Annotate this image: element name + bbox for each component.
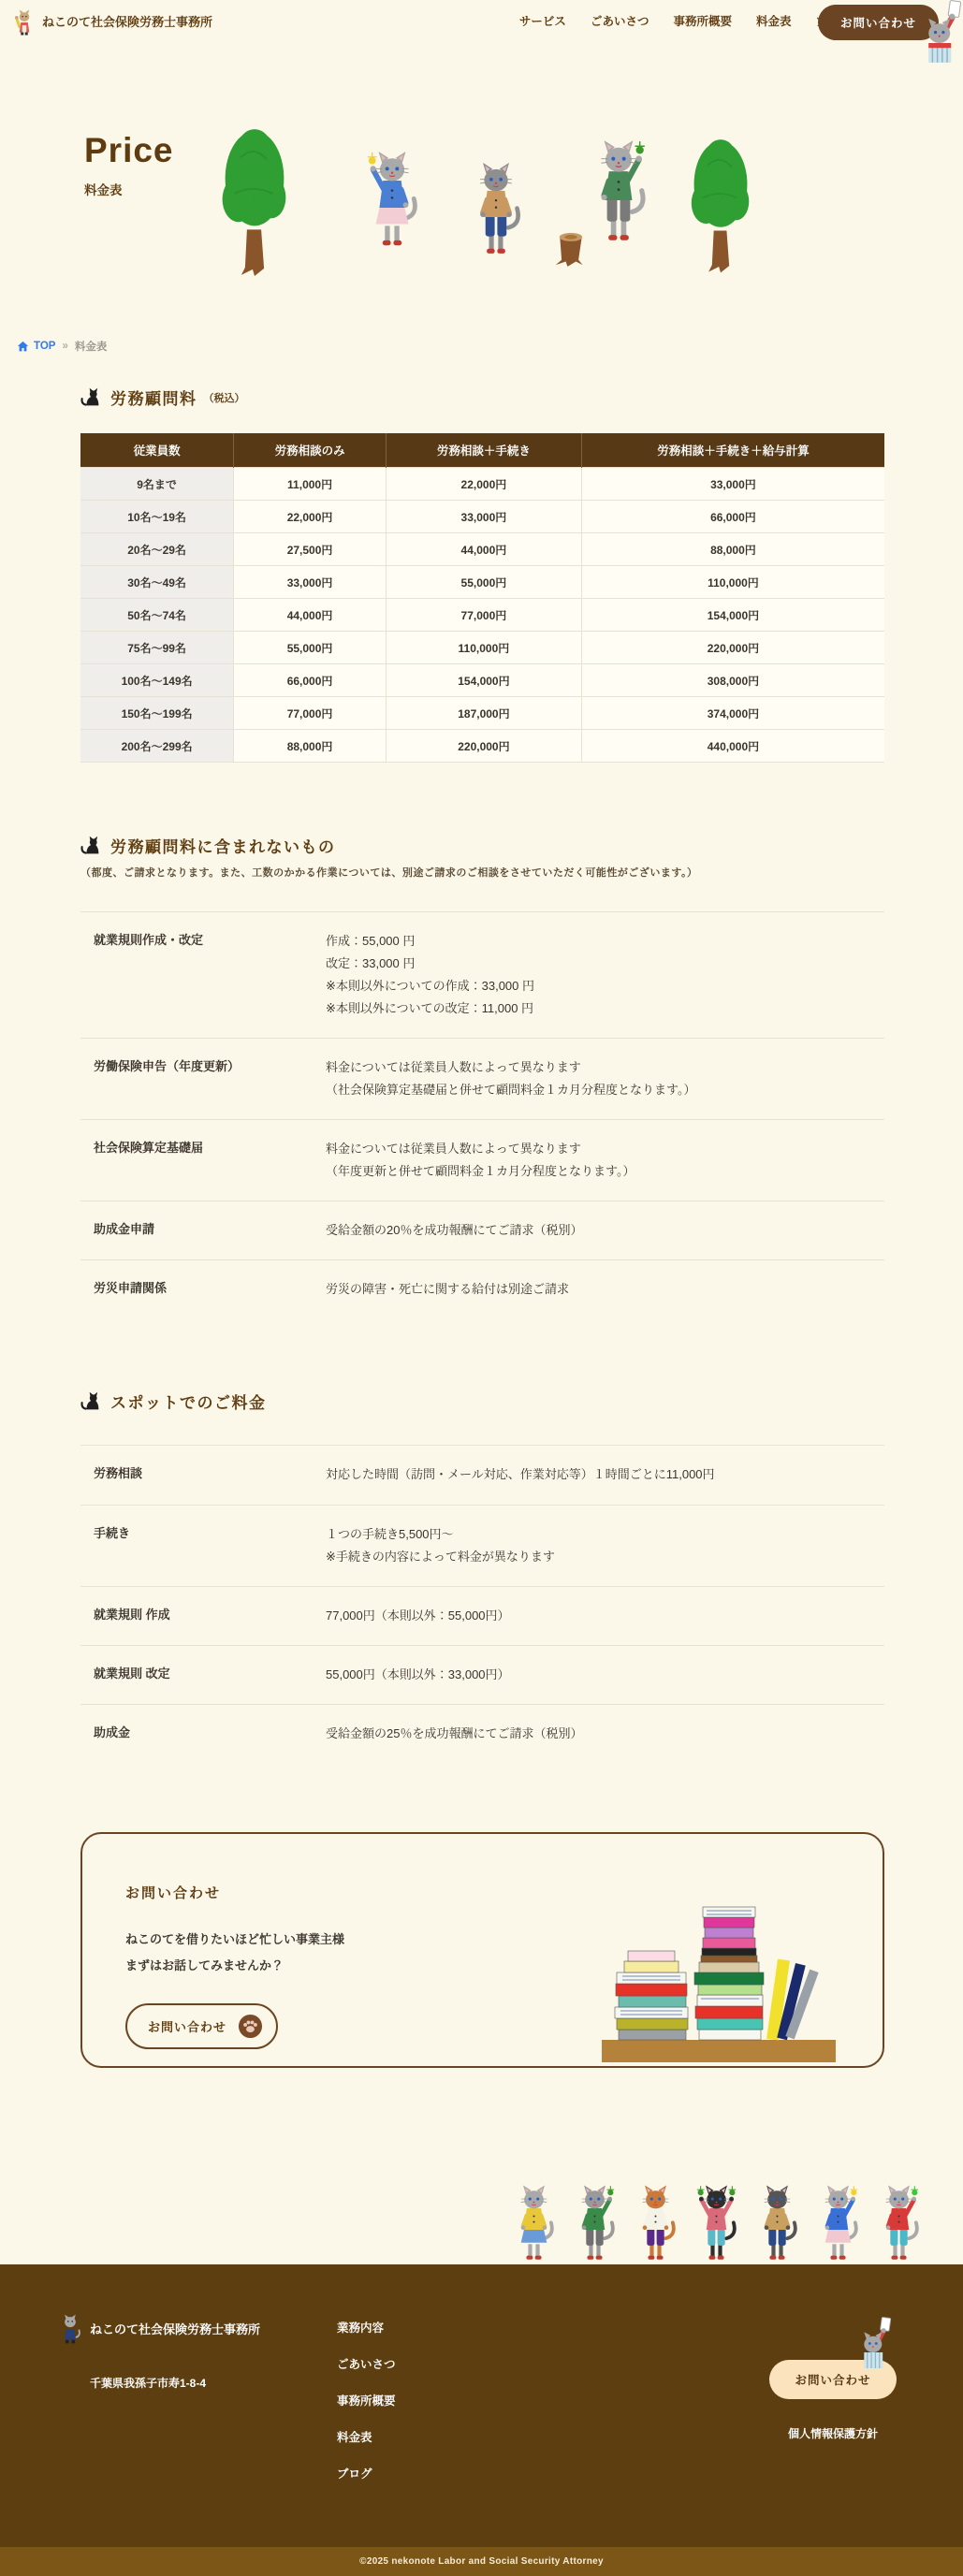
table-row: 50名～74名44,000円77,000円154,000円: [80, 599, 884, 632]
stump-illustration: [554, 228, 588, 269]
list-item: 労災申請関係 労災の障害・死亡に関する給付は別途ご請求: [80, 1259, 884, 1318]
dancing-cat-illustration: [633, 2184, 678, 2264]
section-advisory-fee: 労務顧問料 （税込） 従業員数 労務相談のみ 労務相談＋手続き 労務相談＋手続き…: [80, 386, 884, 763]
table-row: 100名～149名66,000円154,000円308,000円: [80, 664, 884, 697]
table-row: 150名～199名77,000円187,000円374,000円: [80, 697, 884, 730]
nav-item-greeting[interactable]: ごあいさつ: [591, 12, 649, 29]
header-peeking-cat-illustration: [924, 0, 963, 54]
table-row: 75名～99名55,000円110,000円220,000円: [80, 632, 884, 664]
section-spot-fee: スポットでのご料金 労務相談 対応した時間（訪問・メール対応、作業対応等）１時間…: [80, 1390, 884, 1762]
logo-cat-icon: [13, 8, 36, 36]
section-heading: スポットでのご料金: [80, 1390, 884, 1413]
section-title-note: （税込）: [204, 390, 245, 405]
footer-copyright-bar: ©2025 nekonote Labor and Social Security…: [0, 2547, 963, 2576]
home-icon: [17, 341, 29, 353]
footer-link-greeting[interactable]: ごあいさつ: [337, 2358, 396, 2371]
not-included-list: 就業規則作成・改定 作成：55,000 円 改定：33,000 円 ※本則以外に…: [80, 911, 884, 1318]
list-item: 労務相談 対応した時間（訪問・メール対応、作業対応等）１時間ごとに11,000円: [80, 1445, 884, 1504]
footer-contact-block: お問い合わせ 個人情報保護方針: [763, 2313, 903, 2481]
logo-text: ねこのて社会保険労務士事務所: [42, 12, 212, 30]
paw-icon: [238, 2014, 263, 2039]
item-description: 受給金額の20％を成功報酬にてご請求（税別）: [326, 1219, 871, 1242]
dancing-cats-illustration: [0, 2178, 963, 2264]
list-item: 助成金 受給金額の25％を成功報酬にてご請求（税別）: [80, 1704, 884, 1763]
breadcrumb: TOP » 料金表: [0, 339, 963, 354]
col-header: 労務相談のみ: [234, 433, 387, 468]
footer-nav: 業務内容 ごあいさつ 事務所概要 料金表 ブログ: [337, 2313, 396, 2481]
spot-fee-list: 労務相談 対応した時間（訪問・メール対応、作業対応等）１時間ごとに11,000円…: [80, 1445, 884, 1762]
dancing-cat-illustration: [815, 2184, 861, 2264]
contact-box-button[interactable]: お問い合わせ: [125, 2003, 278, 2049]
tree-illustration: [681, 131, 760, 277]
footer-link-office[interactable]: 事務所概要: [337, 2394, 396, 2408]
item-term: 労務相談: [94, 1463, 326, 1486]
footer-address: 千葉県我孫子市寿1-8-4: [90, 2375, 337, 2391]
book-stacks-illustration: [596, 1866, 847, 2064]
footer-link-services[interactable]: 業務内容: [337, 2321, 384, 2335]
table-header-row: 従業員数 労務相談のみ 労務相談＋手続き 労務相談＋手続き＋給与計算: [80, 433, 884, 468]
page-title-block: Price 料金表: [84, 131, 174, 198]
footer-link-price[interactable]: 料金表: [337, 2431, 372, 2444]
item-description: １つの手続き5,500円～ ※手続きの内容によって料金が異なります: [326, 1523, 871, 1568]
site-logo[interactable]: ねこのて社会保険労務士事務所: [13, 5, 212, 36]
item-description: 受給金額の25％を成功報酬にてご請求（税別）: [326, 1723, 871, 1745]
footer-cat-icon: [60, 2313, 80, 2345]
section-title: スポットでのご料金: [110, 1390, 267, 1413]
item-term: 手続き: [94, 1523, 326, 1568]
item-description: 労災の障害・死亡に関する給付は別途ご請求: [326, 1278, 871, 1301]
hero-cat-illustration: [468, 161, 524, 259]
footer-privacy-link[interactable]: 個人情報保護方針: [763, 2425, 903, 2441]
item-description: 料金については従業員人数によって異なります （社会保険算定基礎届と併せて顧問料金…: [326, 1056, 871, 1101]
cat-icon: [80, 387, 100, 407]
hero-cat-illustration: [363, 150, 421, 252]
list-item: 手続き １つの手続き5,500円～ ※手続きの内容によって料金が異なります: [80, 1505, 884, 1586]
footer-link-blog[interactable]: ブログ: [337, 2467, 372, 2481]
section-not-included: 労務顧問料に含まれないもの （都度、ご請求となります。また、工数のかかる作業につ…: [80, 834, 884, 1318]
breadcrumb-home-link[interactable]: TOP: [17, 341, 55, 353]
nav-item-services[interactable]: サービス: [519, 12, 566, 29]
section-title: 労務顧問料: [110, 386, 197, 409]
item-term: 就業規則 改定: [94, 1664, 326, 1686]
breadcrumb-separator: »: [62, 341, 67, 352]
page-subtitle: 料金表: [84, 180, 174, 198]
list-item: 就業規則 作成 77,000円（本則以外：55,000円）: [80, 1586, 884, 1645]
item-term: 労災申請関係: [94, 1278, 326, 1301]
hero: Price 料金表: [0, 41, 963, 269]
cat-icon: [80, 1391, 100, 1411]
site-footer: ねこのて社会保険労務士事務所 千葉県我孫子市寿1-8-4 業務内容 ごあいさつ …: [0, 2264, 963, 2576]
item-description: 55,000円（本則以外：33,000円）: [326, 1664, 871, 1686]
item-term: 就業規則 作成: [94, 1605, 326, 1627]
main-content: 労務顧問料 （税込） 従業員数 労務相談のみ 労務相談＋手続き 労務相談＋手続き…: [0, 386, 963, 2068]
col-header: 労務相談＋手続き＋給与計算: [581, 433, 884, 468]
item-term: 社会保険算定基礎届: [94, 1138, 326, 1183]
table-row: 200名～299名88,000円220,000円440,000円: [80, 730, 884, 763]
table-row: 10名～19名22,000円33,000円66,000円: [80, 501, 884, 533]
list-item: 助成金申請 受給金額の20％を成功報酬にてご請求（税別）: [80, 1201, 884, 1259]
nav-item-price[interactable]: 料金表: [756, 12, 792, 29]
site-header: ねこのて社会保険労務士事務所 サービス ごあいさつ 事務所概要 料金表 ブログ …: [0, 0, 963, 41]
item-term: 就業規則作成・改定: [94, 930, 326, 1020]
section-title: 労務顧問料に含まれないもの: [110, 834, 336, 857]
list-item: 就業規則 改定 55,000円（本則以外：33,000円）: [80, 1645, 884, 1704]
dancing-cat-illustration: [511, 2184, 557, 2264]
table-row: 20名～29名27,500円44,000円88,000円: [80, 533, 884, 566]
dancing-cat-illustration: [572, 2184, 618, 2264]
item-term: 労働保険申告（年度更新）: [94, 1056, 326, 1101]
item-description: 77,000円（本則以外：55,000円）: [326, 1605, 871, 1627]
hero-cat-illustration: [588, 138, 649, 247]
item-term: 助成金: [94, 1723, 326, 1745]
nav-item-office[interactable]: 事務所概要: [673, 12, 732, 29]
section-heading: 労務顧問料 （税込）: [80, 386, 884, 409]
section-heading: 労務顧問料に含まれないもの: [80, 834, 884, 857]
col-header: 労務相談＋手続き: [386, 433, 581, 468]
dancing-cat-illustration: [876, 2184, 922, 2264]
list-item: 労働保険申告（年度更新） 料金については従業員人数によって異なります （社会保険…: [80, 1038, 884, 1119]
copyright-text: ©2025 nekonote Labor and Social Security…: [359, 2556, 604, 2567]
contact-box: お問い合わせ ねこのてを借りたいほど忙しい事業主様 まずはお話してみませんか？ …: [80, 1832, 884, 2068]
table-row: 30名～49名33,000円55,000円110,000円: [80, 566, 884, 599]
dancing-cat-illustration: [693, 2184, 739, 2264]
breadcrumb-current: 料金表: [75, 339, 108, 354]
advisory-fee-table: 従業員数 労務相談のみ 労務相談＋手続き 労務相談＋手続き＋給与計算 9名まで1…: [80, 433, 884, 763]
section-note: （都度、ご請求となります。また、工数のかかる作業については、別途ご請求のご相談を…: [80, 865, 884, 880]
item-description: 作成：55,000 円 改定：33,000 円 ※本則以外についての作成：33,…: [326, 930, 871, 1020]
footer-company-block: ねこのて社会保険労務士事務所 千葉県我孫子市寿1-8-4: [60, 2313, 337, 2481]
footer-peeking-cat-illustration: [860, 2317, 896, 2362]
footer-company-name: ねこのて社会保険労務士事務所: [90, 2320, 260, 2337]
list-item: 就業規則作成・改定 作成：55,000 円 改定：33,000 円 ※本則以外に…: [80, 911, 884, 1038]
item-description: 対応した時間（訪問・メール対応、作業対応等）１時間ごとに11,000円: [326, 1463, 871, 1486]
cat-icon: [80, 836, 100, 855]
col-header: 従業員数: [80, 433, 234, 468]
item-term: 助成金申請: [94, 1219, 326, 1242]
item-description: 料金については従業員人数によって異なります （年度更新と併せて顧問料金１カ月分程…: [326, 1138, 871, 1183]
main-nav: サービス ごあいさつ 事務所概要 料金表 ブログ: [519, 12, 851, 29]
list-item: 社会保険算定基礎届 料金については従業員人数によって異なります （年度更新と併せ…: [80, 1119, 884, 1201]
dancing-cat-illustration: [754, 2184, 800, 2264]
header-contact-button[interactable]: お問い合わせ: [818, 5, 939, 40]
table-row: 9名まで11,000円22,000円33,000円: [80, 468, 884, 501]
tree-illustration: [212, 120, 298, 281]
page-title: Price: [84, 131, 174, 170]
